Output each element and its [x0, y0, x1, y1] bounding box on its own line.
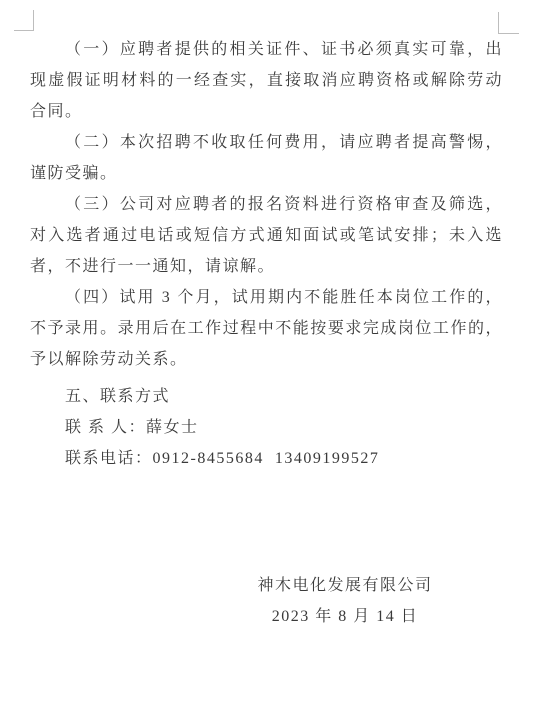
paragraphs: （一）应聘者提供的相关证件、证书必须真实可靠，出现虚假证明材料的一经查实，直接取… — [30, 34, 503, 375]
section-heading: 五、联系方式 — [30, 381, 503, 412]
paragraph-line: 予以解除劳动关系。 — [30, 344, 503, 375]
paragraph-line: （三）公司对应聘者的报名资料进行资格审查及筛选， — [30, 189, 503, 220]
document-body: （一）应聘者提供的相关证件、证书必须真实可靠，出现虚假证明材料的一经查实，直接取… — [30, 34, 503, 632]
paragraph-line: 不予录用。录用后在工作过程中不能按要求完成岗位工作的， — [30, 313, 503, 344]
paragraph-line: （一）应聘者提供的相关证件、证书必须真实可靠，出 — [30, 34, 503, 65]
paragraph-line: 谨防受骗。 — [30, 158, 503, 189]
company-name: 神木电化发展有限公司 — [205, 570, 485, 601]
signature-date: 2023 年 8 月 14 日 — [205, 601, 485, 632]
signature-block: 神木电化发展有限公司 2023 年 8 月 14 日 — [205, 570, 485, 632]
document-page: （一）应聘者提供的相关证件、证书必须真实可靠，出现虚假证明材料的一经查实，直接取… — [0, 0, 533, 701]
text-boundary-mark-top-left — [14, 10, 34, 31]
paragraph-line: 者，不进行一一通知，请谅解。 — [30, 251, 503, 282]
paragraph-line: 对入选者通过电话或短信方式通知面试或笔试安排；未入选 — [30, 220, 503, 251]
paragraph-line: 现虚假证明材料的一经查实，直接取消应聘资格或解除劳动 — [30, 65, 503, 96]
paragraph-line: 合同。 — [30, 96, 503, 127]
contact-phone: 联系电话：0912-8455684 13409199527 — [30, 443, 503, 474]
paragraph-line: （四）试用 3 个月，试用期内不能胜任本岗位工作的， — [30, 282, 503, 313]
text-boundary-mark-top-right — [498, 12, 519, 34]
contact-person: 联 系 人：薛女士 — [30, 412, 503, 443]
paragraph-line: （二）本次招聘不收取任何费用，请应聘者提高警惕， — [30, 127, 503, 158]
